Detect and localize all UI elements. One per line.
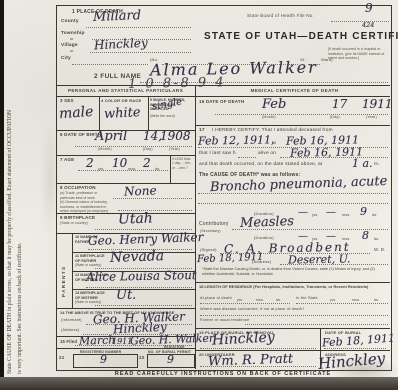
date-of-death-month: Feb bbox=[262, 97, 286, 112]
duration1-yrs-value: — bbox=[298, 207, 308, 218]
age-years-value: 2 bbox=[86, 156, 94, 170]
certify-no: 17 bbox=[199, 128, 205, 133]
father-birthplace-value: Nevada bbox=[110, 248, 165, 266]
or-label-1: or bbox=[70, 37, 74, 41]
informant-address-label: (Address) bbox=[61, 328, 79, 332]
margin-note-1: State CAUSE OF DEATH in plain terms, so … bbox=[7, 110, 13, 374]
residence-former-label: Former or usual residence bbox=[200, 318, 249, 322]
informant-label: (Informant) bbox=[61, 318, 82, 322]
residence-in-state-label: In the State bbox=[296, 296, 318, 300]
certificate-title: STATE OF UTAH—DEATH CERTIFICATE bbox=[204, 31, 398, 42]
marital-sublabel: (Write the word) bbox=[150, 114, 193, 119]
dob-year-sublabel: (Year) bbox=[169, 147, 180, 151]
dob-month-sublabel: (Month) bbox=[98, 147, 112, 151]
dob-month-value: April bbox=[95, 129, 127, 144]
duration1-mos-value: — bbox=[326, 207, 336, 218]
certify-line1: I HEREBY CERTIFY, That I attended deceas… bbox=[212, 128, 333, 133]
margin-note-2: is very important. See instructions on b… bbox=[17, 243, 23, 374]
age-label: 7 AGE bbox=[60, 157, 74, 162]
race-label: 4 COLOR OR RACE bbox=[101, 98, 141, 103]
file-no-label: State Board of Health File No. bbox=[247, 13, 314, 18]
dod-day-sublabel: (Day) bbox=[330, 115, 340, 119]
hospital-note: [If death occurred in a hospital or inst… bbox=[328, 47, 391, 61]
scan-edge-left bbox=[0, 0, 4, 390]
occupation-label: 8 OCCUPATION bbox=[60, 185, 96, 190]
file-no-value-2: 424 bbox=[362, 21, 374, 29]
parents-label: PARENTS bbox=[61, 265, 66, 297]
residence-at-place-label: At place of death bbox=[200, 296, 232, 300]
mother-birthplace-value: Ut. bbox=[116, 288, 136, 303]
burial-permit-prefix: 22 bbox=[139, 355, 144, 360]
birthplace-label: 9 BIRTHPLACE bbox=[60, 215, 95, 220]
personal-section-title: PERSONAL AND STATISTICAL PARTICULARS bbox=[56, 88, 195, 93]
village-value: Hinckley bbox=[94, 36, 148, 53]
race-value: white bbox=[104, 105, 141, 122]
county-label: County bbox=[61, 19, 79, 24]
death-time-m-label: m. bbox=[374, 162, 380, 167]
last-saw-label: that I last saw h bbox=[199, 151, 236, 156]
signed-label: (Signed) bbox=[200, 247, 217, 252]
county-value: Millard bbox=[93, 8, 142, 25]
age-months-value: 10 bbox=[112, 156, 127, 170]
city-label: City bbox=[61, 56, 71, 61]
date-of-death-day: 17 bbox=[332, 97, 347, 111]
contributory-label: Contributory bbox=[199, 221, 229, 227]
occupation-b-label: (b) General nature of industry, business… bbox=[60, 200, 114, 214]
birthplace-sublabel: (State or country) bbox=[60, 221, 105, 226]
age-less-note: If LESS than 1 day, ....hrs. or ....min.… bbox=[172, 157, 193, 170]
scan-edge-bottom bbox=[0, 377, 398, 390]
registered-number-prefix: 21 bbox=[59, 355, 64, 360]
duration1-ds-label: ds. bbox=[372, 213, 377, 217]
occupation-a-label: (a) Trade, profession or particular kind… bbox=[60, 191, 112, 200]
signed-address-label: (Address) bbox=[252, 259, 271, 264]
dob-year-value: 1908 bbox=[160, 129, 191, 143]
mother-name-value: Alice Louisa Stout bbox=[86, 268, 197, 284]
file-no-value: 9 bbox=[365, 1, 373, 15]
duration2-ds-label: ds. bbox=[374, 237, 379, 241]
md-label: M. D. bbox=[374, 247, 386, 252]
dob-day-sublabel: (Day) bbox=[143, 147, 153, 151]
residence-label: 18 LENGTH OF RESIDENCE (For Hospitals, I… bbox=[199, 284, 387, 289]
medical-section-title: MEDICAL CERTIFICATE OF DEATH bbox=[196, 88, 393, 93]
burial-permit-value: 9 bbox=[167, 353, 174, 366]
sex-label: 3 SEX bbox=[60, 98, 74, 103]
burial-place-value: Hinckley bbox=[212, 329, 275, 348]
duration2-ds-value: 8 bbox=[362, 229, 369, 242]
birthplace-value: Utah bbox=[118, 210, 153, 227]
duration1-ds-value: 9 bbox=[360, 205, 367, 218]
secondary-label: (Secondary) bbox=[200, 229, 221, 233]
scanned-death-certificate: State CAUSE OF DEATH in plain terms, so … bbox=[0, 0, 398, 390]
alive-on-label: alive on bbox=[258, 151, 276, 156]
registered-number-value: 9 bbox=[100, 353, 107, 366]
duration1-mos-label: mos. bbox=[342, 213, 351, 217]
death-occurred-label: and that death occurred, on the date sta… bbox=[199, 162, 322, 167]
attended-to-label: to bbox=[272, 140, 276, 145]
village-label: Village bbox=[61, 43, 78, 48]
dod-year-sublabel: (Year) bbox=[366, 115, 377, 119]
cause-footnote: *State the Disease Causing Death, or, in… bbox=[202, 267, 388, 277]
date-of-death-year: 1911 bbox=[362, 97, 393, 111]
sex-value: male bbox=[58, 104, 93, 122]
age-days-value: 2 bbox=[143, 156, 151, 170]
date-of-death-label: 16 DATE OF DEATH bbox=[199, 99, 244, 104]
residence-contracted-label: Where was disease contracted, if not at … bbox=[200, 307, 305, 311]
dod-month-sublabel: (Month) bbox=[262, 115, 276, 119]
duration1-yrs-label: yrs. bbox=[312, 213, 319, 217]
township-label: Township bbox=[61, 31, 85, 36]
death-time-value: 1 a. bbox=[352, 157, 373, 170]
or-label-2: or bbox=[70, 49, 74, 53]
duration2-label: (Duration) bbox=[254, 235, 274, 240]
